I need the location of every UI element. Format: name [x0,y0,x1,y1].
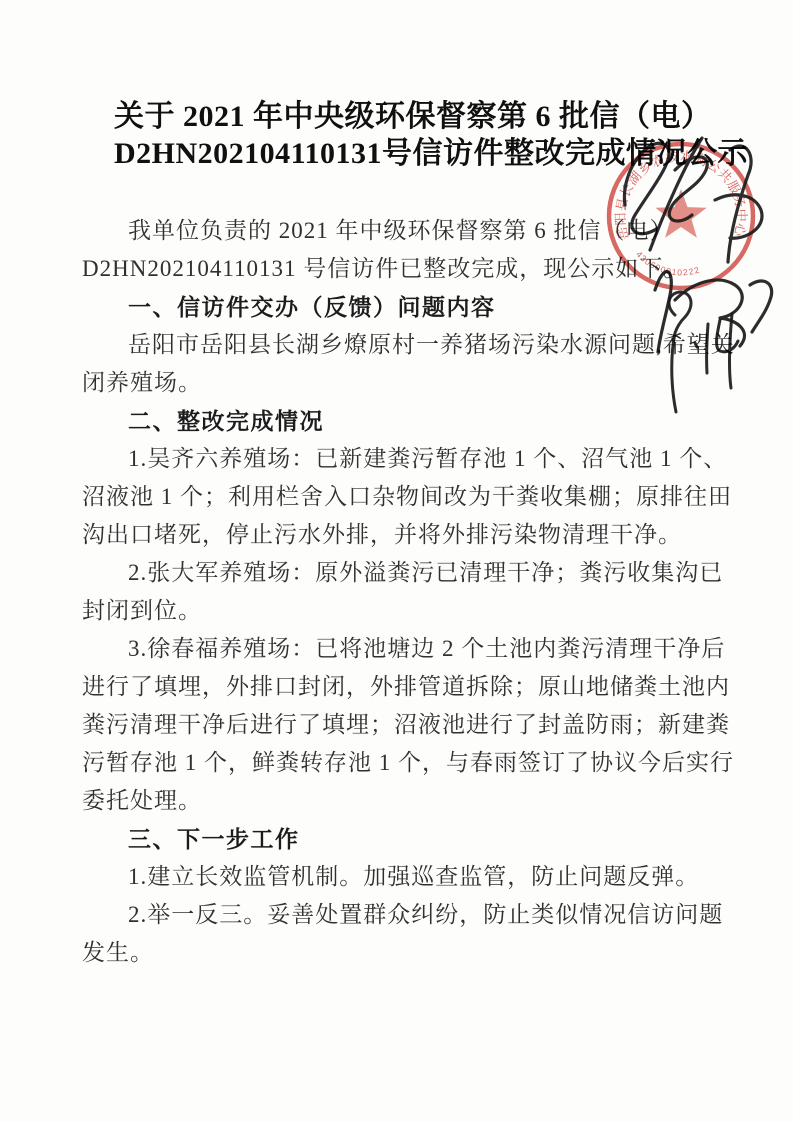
body-line: 1.吴齐六养殖场：已新建粪污暂存池 1 个、沼气池 1 个、 [82,440,714,478]
section-heading: 三、下一步工作 [82,820,714,858]
body-line: 闭养殖场。 [82,364,714,402]
title-line: D2HN202104110131号信访件整改完成情况公示 [114,135,754,172]
body-line: 3.徐春福养殖场：已将池塘边 2 个土池内粪污清理干净后 [82,630,714,668]
body-line: 粪污清理干净后进行了填埋；沼液池进行了封盖防雨；新建粪 [82,706,714,744]
body-line: 1.建立长效监管机制。加强巡查监管，防止问题反弹。 [82,858,714,896]
body-line: 委托处理。 [82,782,714,820]
section-heading: 一、信访件交办（反馈）问题内容 [82,288,714,326]
body-line: 封闭到位。 [82,592,714,630]
title-line: 关于 2021 年中央级环保督察第 6 批信（电） [114,98,754,135]
body-line: 发生。 [82,934,714,972]
body-line: 岳阳市岳阳县长湖乡燎原村一养猪场污染水源问题,希望关 [82,326,714,364]
document-title: 关于 2021 年中央级环保督察第 6 批信（电） D2HN2021041101… [114,98,754,172]
document-page: 关于 2021 年中央级环保督察第 6 批信（电） D2HN2021041101… [0,0,793,1122]
body-line: 沟出口堵死，停止污水外排，并将外排污染物清理干净。 [82,516,714,554]
body-line: 进行了填埋，外排口封闭，外排管道拆除；原山地储粪土池内 [82,668,714,706]
document-body: 我单位负责的 2021 年中级环保督察第 6 批信（电） D2HN2021041… [82,212,714,972]
body-line: 我单位负责的 2021 年中级环保督察第 6 批信（电） [82,212,714,250]
section-heading: 二、整改完成情况 [82,402,714,440]
document-content: 关于 2021 年中央级环保督察第 6 批信（电） D2HN2021041101… [82,98,714,972]
body-line: 污暂存池 1 个，鲜粪转存池 1 个，与春雨签订了协议今后实行 [82,744,714,782]
body-line: 2.张大军养殖场：原外溢粪污已清理干净；粪污收集沟已 [82,554,714,592]
body-line: D2HN202104110131 号信访件已整改完成，现公示如下。 [82,250,714,288]
body-line: 沼液池 1 个；利用栏舍入口杂物间改为干粪收集棚；原排往田 [82,478,714,516]
body-line: 2.举一反三。妥善处置群众纠纷，防止类似情况信访问题 [82,896,714,934]
